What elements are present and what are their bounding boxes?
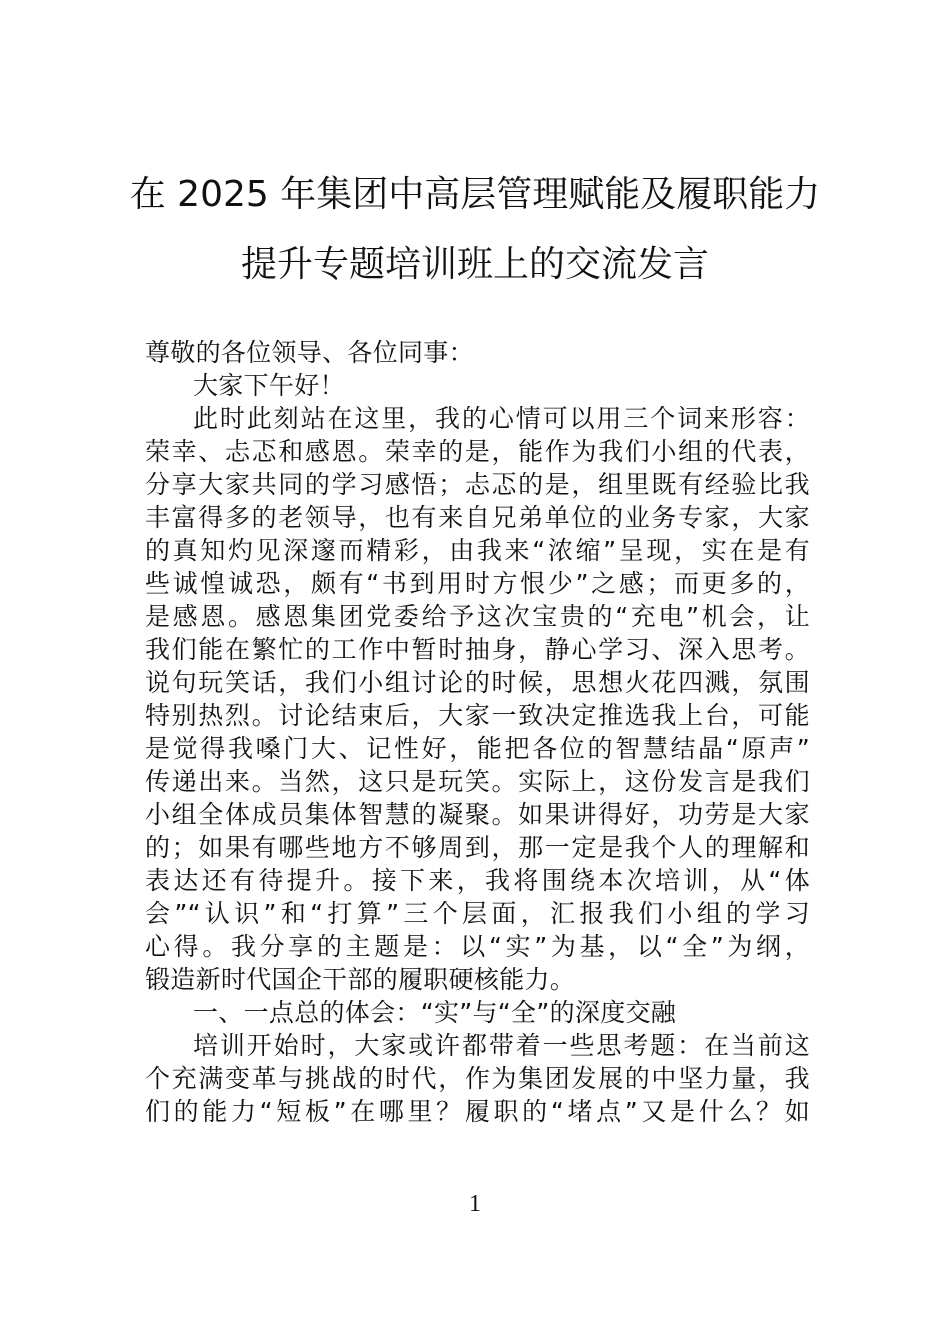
- body-text-line: 说句玩笑话，我们小组讨论的时候，思想火花四溅，氛围: [145, 666, 810, 699]
- document-body: 尊敬的各位领导、各位同事：大家下午好！此时此刻站在这里，我的心情可以用三个词来形…: [145, 336, 810, 1128]
- body-text-line: 大家下午好！: [145, 369, 810, 402]
- body-text-line: 荣幸、忐忑和感恩。荣幸的是，能作为我们小组的代表，: [145, 435, 810, 468]
- body-text-line: 是感恩。感恩集团党委给予这次宝贵的“充电”机会，让: [145, 600, 810, 633]
- document-title-line-1: 在 2025 年集团中高层管理赋能及履职能力: [0, 175, 950, 215]
- body-text-line: 特别热烈。讨论结束后，大家一致决定推选我上台，可能: [145, 699, 810, 732]
- body-text-line: 传递出来。当然，这只是玩笑。实际上，这份发言是我们: [145, 765, 810, 798]
- body-text-line: 分享大家共同的学习感悟；忐忑的是，组里既有经验比我: [145, 468, 810, 501]
- body-text-line: 是觉得我嗓门大、记性好，能把各位的智慧结晶“原声”: [145, 732, 810, 765]
- body-text-line: 小组全体成员集体智慧的凝聚。如果讲得好，功劳是大家: [145, 798, 810, 831]
- body-text-line: 的；如果有哪些地方不够周到，那一定是我个人的理解和: [145, 831, 810, 864]
- body-text-line: 尊敬的各位领导、各位同事：: [145, 336, 810, 369]
- body-text-line: 此时此刻站在这里，我的心情可以用三个词来形容：: [145, 402, 810, 435]
- body-text-line: 丰富得多的老领导，也有来自兄弟单位的业务专家，大家: [145, 501, 810, 534]
- body-text-line: 锻造新时代国企干部的履职硬核能力。: [145, 963, 810, 996]
- page-number: 1: [0, 1190, 950, 1218]
- document-title-line-2: 提升专题培训班上的交流发言: [0, 245, 950, 285]
- body-text-line: 些诚惶诚恐，颇有“书到用时方恨少”之感；而更多的，: [145, 567, 810, 600]
- body-text-line: 们的能力“短板”在哪里？履职的“堵点”又是什么？如: [145, 1095, 810, 1128]
- body-text-line: 心得。我分享的主题是：以“实”为基，以“全”为纲，: [145, 930, 810, 963]
- body-text-line: 我们能在繁忙的工作中暂时抽身，静心学习、深入思考。: [145, 633, 810, 666]
- body-text-line: 表达还有待提升。接下来，我将围绕本次培训，从“体: [145, 864, 810, 897]
- body-text-line: 培训开始时，大家或许都带着一些思考题：在当前这: [145, 1029, 810, 1062]
- document-page: 在 2025 年集团中高层管理赋能及履职能力 提升专题培训班上的交流发言 尊敬的…: [0, 0, 950, 1344]
- body-text-line: 一、一点总的体会：“实”与“全”的深度交融: [145, 996, 810, 1029]
- body-text-line: 个充满变革与挑战的时代，作为集团发展的中坚力量，我: [145, 1062, 810, 1095]
- body-text-line: 会”“认识”和“打算”三个层面，汇报我们小组的学习: [145, 897, 810, 930]
- body-text-line: 的真知灼见深邃而精彩，由我来“浓缩”呈现，实在是有: [145, 534, 810, 567]
